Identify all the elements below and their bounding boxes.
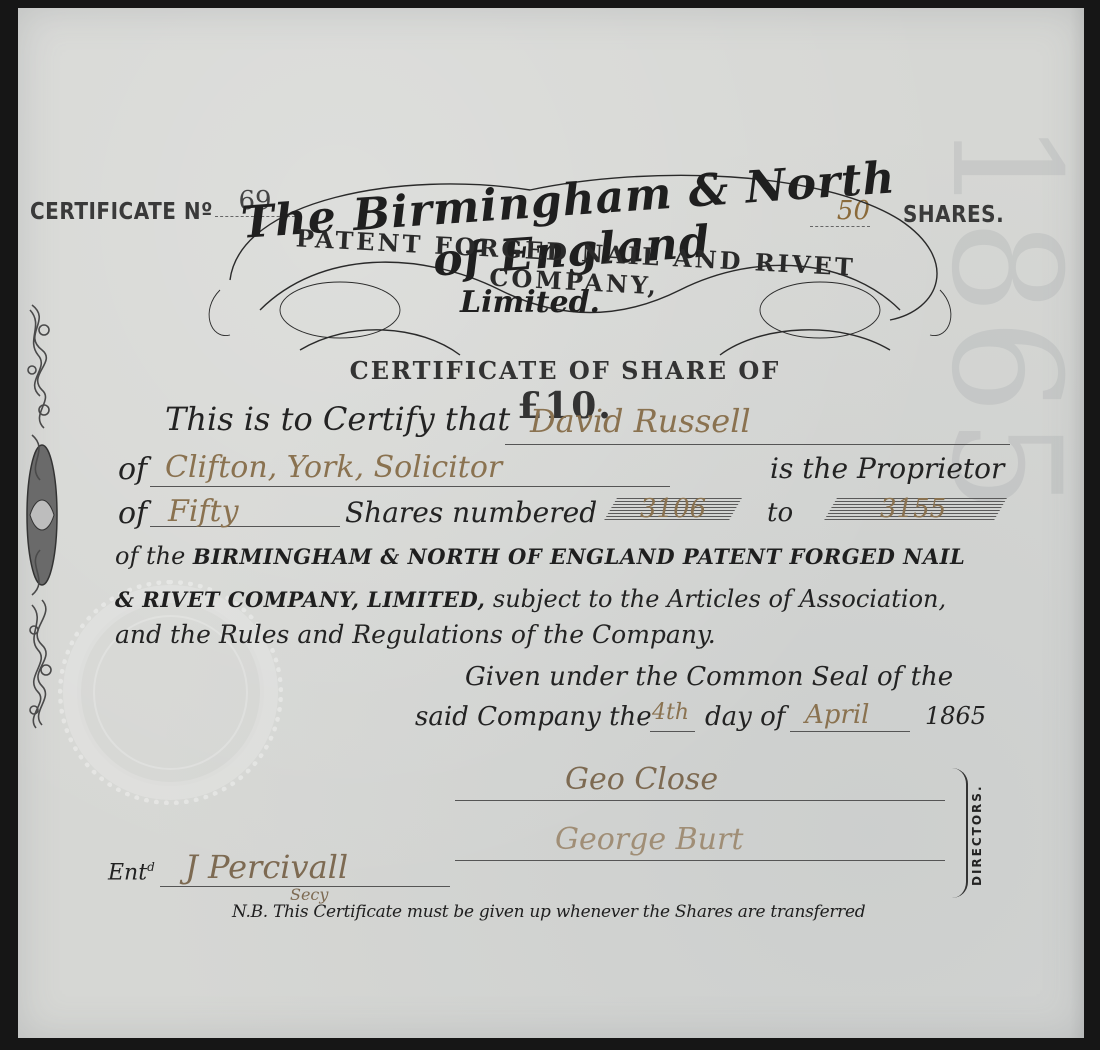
date-day: 4th — [652, 700, 689, 725]
company-line-caps: BIRMINGHAM & NORTH OF ENGLAND PATENT FOR… — [193, 544, 965, 569]
day-line — [650, 731, 695, 732]
day-of-text: day of — [705, 702, 785, 732]
certify-prefix: This is to Certify that — [165, 400, 510, 438]
entered-label: Entd — [108, 860, 155, 885]
month-line — [790, 731, 910, 732]
ornamental-border-icon — [22, 300, 58, 730]
directors-label: DIRECTORS. — [970, 780, 990, 890]
holder-name-line — [505, 444, 1010, 445]
director-2-signature: George Burt — [555, 822, 743, 857]
company-limited-label: Limited. — [380, 285, 680, 320]
share-to-number: 3155 — [880, 494, 946, 524]
to-label: to — [767, 498, 793, 528]
director-1-line — [455, 800, 945, 801]
shares-numbered-text: Shares numbered — [345, 496, 597, 529]
holder-address-line — [150, 486, 670, 487]
given-under-seal-text: Given under the Common Seal of the — [465, 662, 953, 692]
certificate-number-label: CERTIFICATE Nº — [30, 197, 213, 225]
holder-name: David Russell — [530, 402, 751, 440]
directors-brace — [952, 768, 968, 898]
secretary-signature: J Percivall — [185, 848, 348, 886]
embossed-company-seal — [58, 580, 283, 805]
date-month: April — [805, 700, 869, 730]
company-line-3: and the Rules and Regulations of the Com… — [115, 620, 716, 649]
company-line-prefix: of the — [115, 542, 185, 570]
shares-words: Fifty — [168, 494, 239, 529]
proprietor-text: is the Proprietor — [770, 452, 1004, 485]
share-from-number: 3106 — [640, 494, 706, 524]
transfer-note: N.B. This Certificate must be given up w… — [232, 902, 865, 922]
company-line-2: & RIVET COMPANY, LIMITED, subject to the… — [115, 585, 946, 613]
of-label-1: of — [118, 452, 147, 487]
company-line2-rest: subject to the Articles of Association, — [493, 585, 946, 613]
of-label-2: of — [118, 496, 147, 531]
holder-address: Clifton, York, Solicitor — [165, 450, 502, 485]
certificate-of-share-text: CERTIFICATE OF SHARE OF — [350, 356, 781, 385]
company-line2-caps: & RIVET COMPANY, LIMITED, — [115, 587, 485, 612]
director-2-line — [455, 860, 945, 861]
date-year: 1865 — [925, 702, 986, 730]
director-1-signature: Geo Close — [565, 762, 718, 797]
date-prefix: said Company the — [415, 702, 652, 732]
company-line-1: of the BIRMINGHAM & NORTH OF ENGLAND PAT… — [115, 542, 965, 570]
